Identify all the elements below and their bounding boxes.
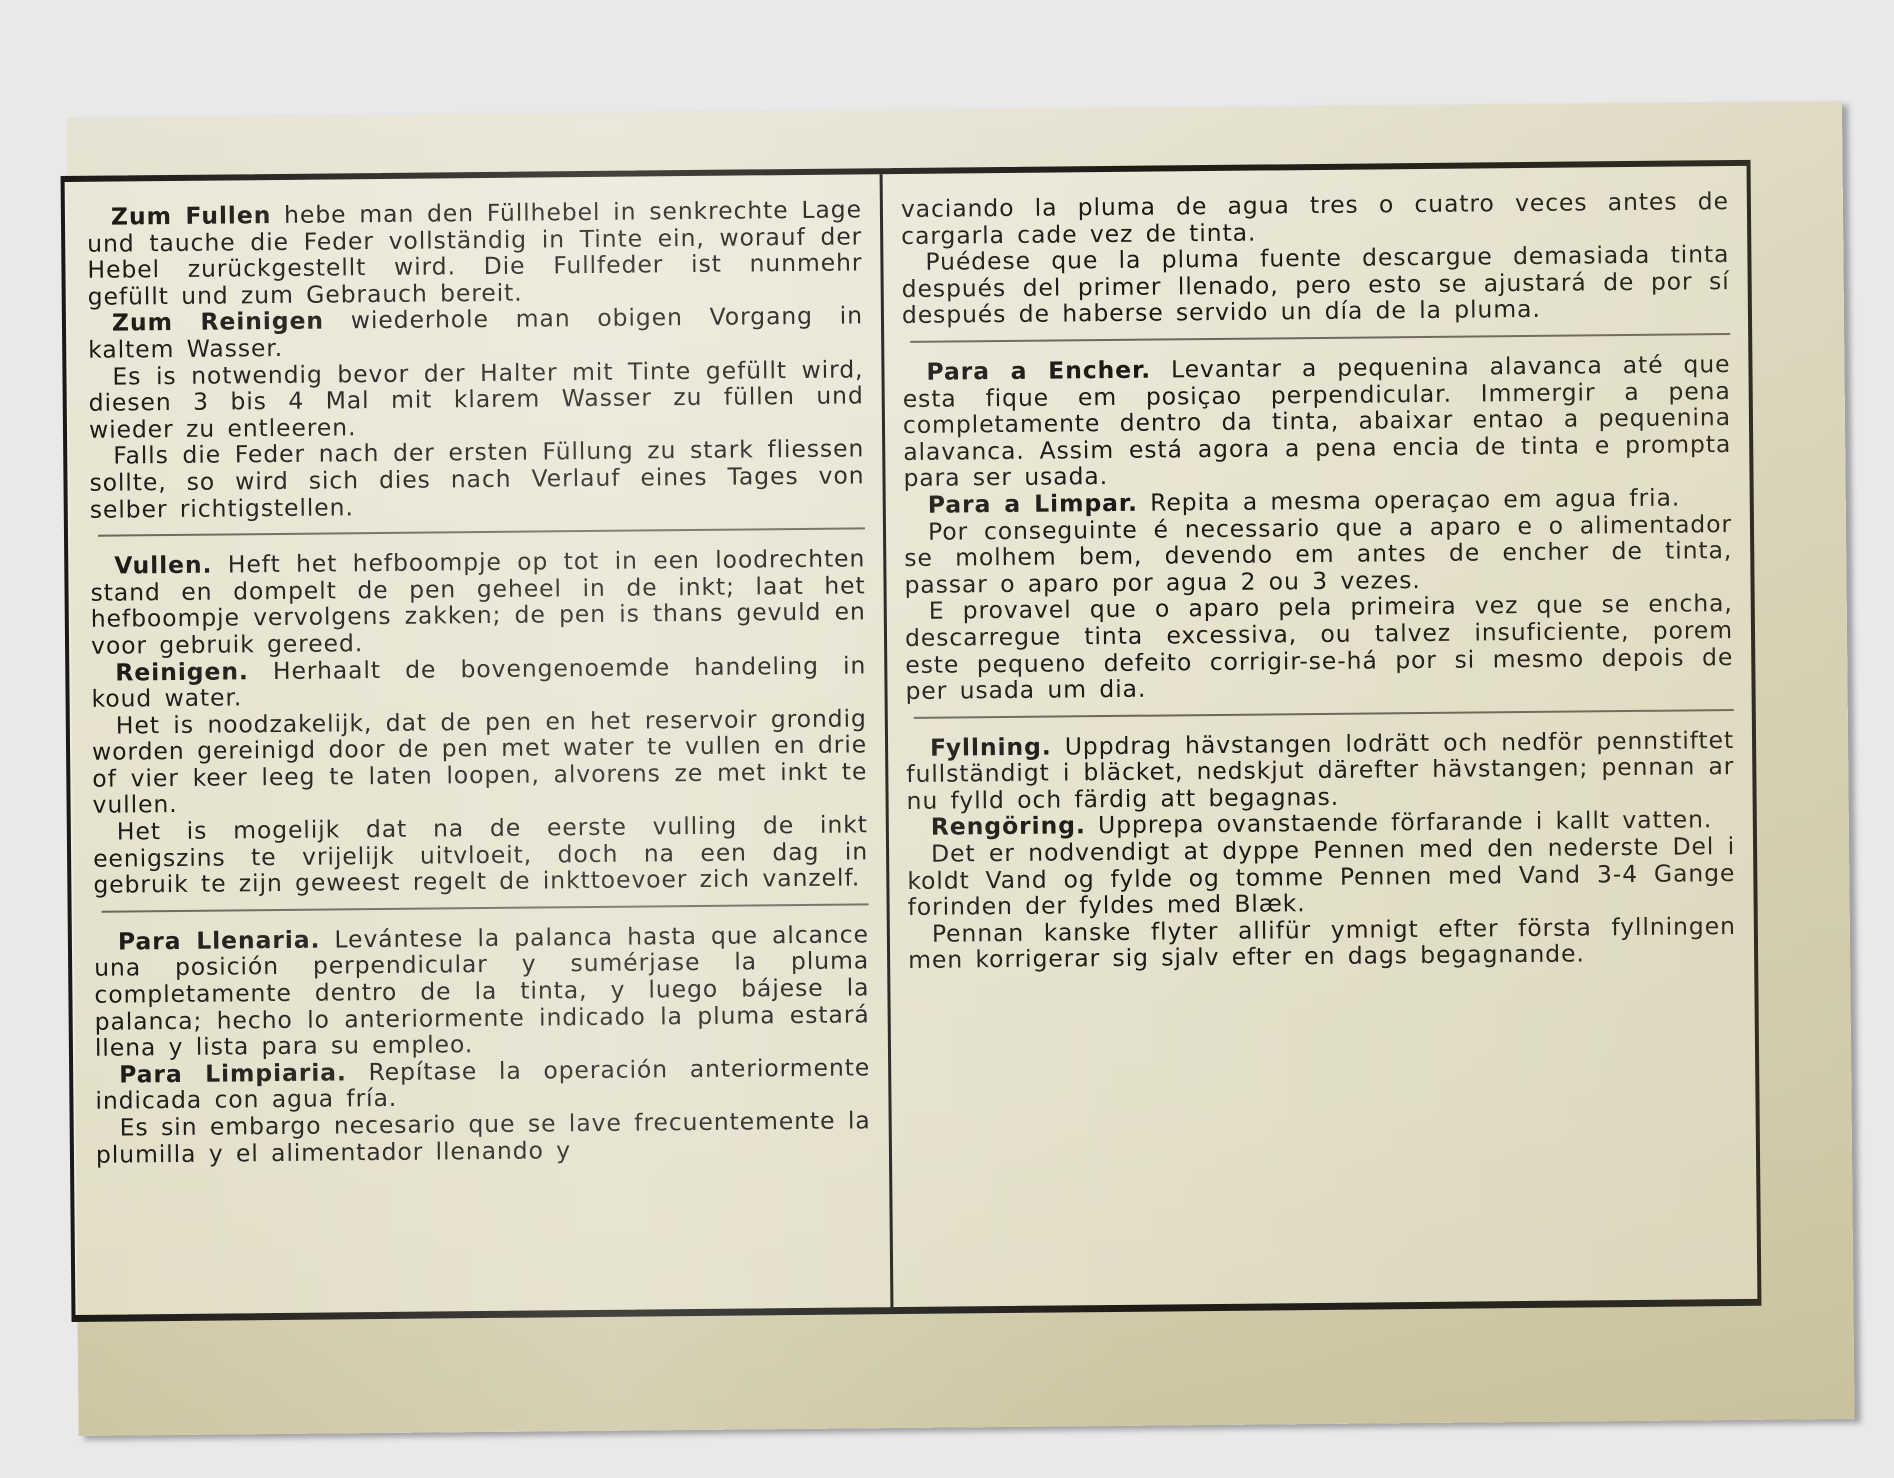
section-dutch: Vullen. Heft het hefboompje op tot in ee… — [90, 545, 868, 898]
paragraph-text: Het is noodzakelijk, dat de pen en het r… — [92, 704, 867, 819]
section-divider — [98, 527, 865, 536]
instruction-leaflet: Zum Fullen hebe man den Füllhebel in sen… — [66, 101, 1855, 1436]
paragraph-heading: Zum Reinigen — [112, 307, 324, 337]
paragraph-heading: Fyllning. — [930, 732, 1052, 761]
section-divider — [102, 903, 869, 912]
paragraph: Para a Encher. Levantar a pequenina alav… — [902, 351, 1731, 492]
paragraph: Zum Reinigen wiederhole man obigen Vorga… — [88, 303, 863, 364]
paragraph-heading: Para a Encher. — [926, 356, 1151, 386]
section-swedish-danish: Fyllning. Uppdrag hävstangen lodrätt och… — [906, 727, 1736, 974]
right-column: vaciando la pluma de agua tres o cuatro … — [883, 166, 1758, 1307]
paragraph: vaciando la pluma de agua tres o cuatro … — [901, 188, 1729, 249]
paragraph-text: E provavel que o aparo pela primeira vez… — [905, 589, 1733, 705]
paragraph: Puédese que la pluma fuente descargue de… — [901, 241, 1730, 329]
paragraph: Het is noodzakelijk, dat de pen en het r… — [92, 705, 868, 819]
paragraph-text: vaciando la pluma de agua tres o cuatro … — [901, 187, 1729, 250]
paragraph: Falls die Feder nach der ersten Füllung … — [89, 436, 865, 523]
paragraph: Reinigen. Herhaalt de bovengenoemde hand… — [91, 652, 866, 713]
section-divider — [914, 709, 1734, 719]
paragraph-heading: Para Limpiaria. — [119, 1058, 347, 1088]
section-spanish-continued: vaciando la pluma de agua tres o cuatro … — [901, 188, 1730, 329]
left-column: Zum Fullen hebe man den Füllhebel in sen… — [65, 174, 894, 1315]
paragraph-heading: Vullen. — [114, 551, 212, 580]
paragraph: Fyllning. Uppdrag hävstangen lodrätt och… — [906, 727, 1735, 815]
paragraph: Vullen. Heft het hefboompje op tot in ee… — [90, 545, 866, 659]
section-divider — [910, 333, 1730, 343]
paragraph-text: Es is notwendig bevor der Halter mit Tin… — [89, 355, 864, 444]
paragraph-text: Es sin embargo necesario que se lave fre… — [96, 1106, 871, 1168]
paragraph-heading: Rengöring. — [931, 812, 1086, 841]
instruction-frame: Zum Fullen hebe man den Füllhebel in sen… — [61, 160, 1762, 1322]
paragraph-text: Falls die Feder nach der ersten Füllung … — [89, 435, 864, 524]
paragraph-heading: Para Llenaria. — [118, 925, 321, 955]
section-spanish: Para Llenaria. Levántese la palanca hast… — [94, 921, 871, 1168]
paragraph: Para Llenaria. Levántese la palanca hast… — [94, 921, 870, 1061]
section-portuguese: Para a Encher. Levantar a pequenina alav… — [902, 351, 1733, 705]
paragraph: Para Limpiaria. Repítase la operación an… — [95, 1054, 870, 1115]
paragraph: Por conseguinte é necessario que a aparo… — [904, 511, 1733, 599]
paragraph: Zum Fullen hebe man den Füllhebel in sen… — [87, 196, 863, 310]
paragraph-heading: Zum Fullen — [111, 201, 272, 231]
paragraph-text: Det er nodvendigt at dyppe Pennen med de… — [907, 832, 1735, 921]
paragraph: Het is mogelijk dat na de eerste vulling… — [93, 811, 869, 898]
paragraph: Det er nodvendigt at dyppe Pennen med de… — [907, 833, 1736, 921]
paragraph-text: Por conseguinte é necessario que a aparo… — [904, 510, 1732, 599]
paragraph: E provavel que o aparo pela primeira vez… — [905, 590, 1734, 704]
paragraph: Es is notwendig bevor der Halter mit Tin… — [88, 356, 864, 443]
paragraph: Pennan kanske flyter allifür ymnigt efte… — [908, 913, 1736, 974]
paragraph: Es sin embargo necesario que se lave fre… — [96, 1107, 871, 1168]
paragraph-text: Pennan kanske flyter allifür ymnigt efte… — [908, 912, 1736, 975]
paragraph-heading: Reinigen. — [115, 657, 249, 686]
paragraph-text: Puédese que la pluma fuente descargue de… — [902, 240, 1730, 329]
section-german: Zum Fullen hebe man den Füllhebel in sen… — [87, 196, 865, 523]
paragraph-text: Het is mogelijk dat na de eerste vulling… — [93, 810, 868, 899]
paragraph-heading: Para a Limpar. — [928, 489, 1138, 519]
